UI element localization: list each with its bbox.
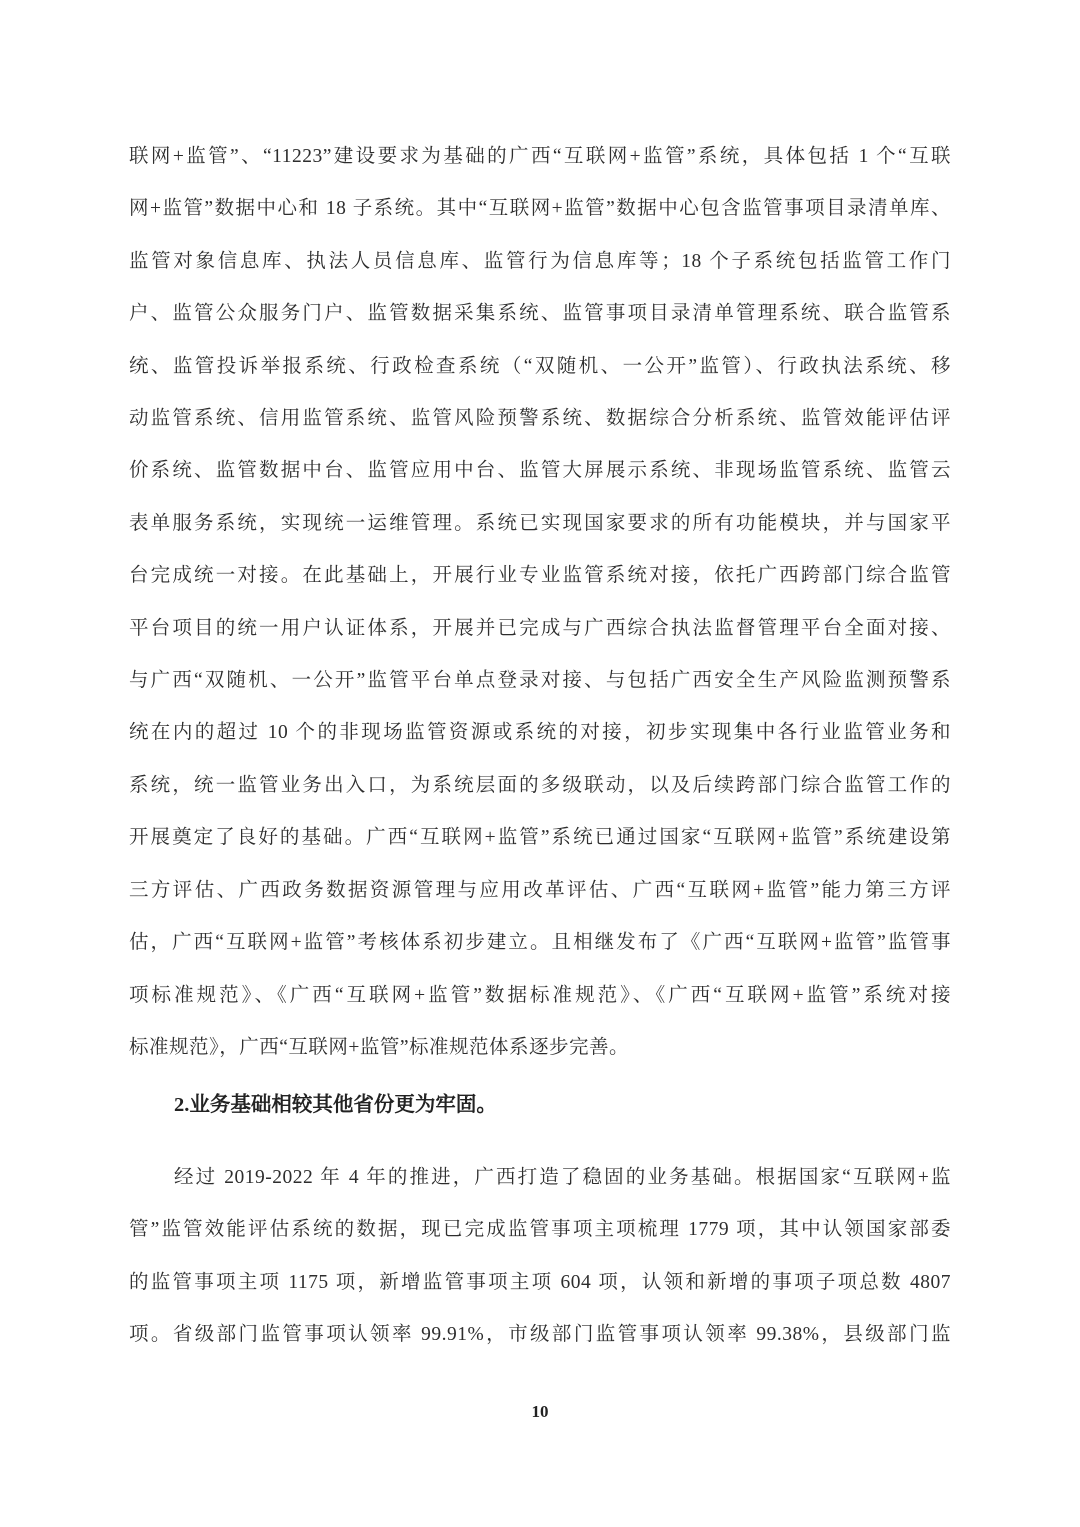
text-line: 经过 2019-2022 年 4 年的推进，广西打造了稳固的业务基础。根据国家“… xyxy=(129,1152,951,1204)
section-heading: 2.业务基础相较其他省份更为牢固。 xyxy=(129,1079,951,1131)
text-line: 三方评估、广西政务数据资源管理与应用改革评估、广西“互联网+监管”能力第三方评 xyxy=(129,865,951,917)
text-line: 户、监管公众服务门户、监管数据采集系统、监管事项目录清单管理系统、联合监管系 xyxy=(129,288,951,340)
text-line: 动监管系统、信用监管系统、监管风险预警系统、数据综合分析系统、监管效能评估评 xyxy=(129,393,951,445)
text-line: 统在内的超过 10 个的非现场监管资源或系统的对接，初步实现集中各行业监管业务和 xyxy=(129,707,951,759)
text-line: 的监管事项主项 1175 项，新增监管事项主项 604 项，认领和新增的事项子项… xyxy=(129,1257,951,1309)
text-line: 管”监管效能评估系统的数据，现已完成监管事项主项梳理 1779 项，其中认领国家… xyxy=(129,1204,951,1256)
text-line: 监管对象信息库、执法人员信息库、监管行为信息库等；18 个子系统包括监管工作门 xyxy=(129,236,951,288)
document-page: 联网+监管”、“11223”建设要求为基础的广西“互联网+监管”系统，具体包括 … xyxy=(0,0,1080,1527)
text-line: 估，广西“互联网+监管”考核体系初步建立。且相继发布了《广西“互联网+监管”监管… xyxy=(129,917,951,969)
text-line: 联网+监管”、“11223”建设要求为基础的广西“互联网+监管”系统，具体包括 … xyxy=(129,131,951,183)
paragraph-continued: 联网+监管”、“11223”建设要求为基础的广西“互联网+监管”系统，具体包括 … xyxy=(129,131,951,1022)
page-number: 10 xyxy=(0,1399,1080,1425)
text-line: 系统，统一监管业务出入口，为系统层面的多级联动，以及后续跨部门综合监管工作的 xyxy=(129,760,951,812)
text-line: 平台项目的统一用户认证体系，开展并已完成与广西综合执法监督管理平台全面对接、 xyxy=(129,603,951,655)
paragraph-continued-last-line: 标准规范》，广西“互联网+监管”标准规范体系逐步完善。 xyxy=(129,1022,951,1074)
text-line: 台完成统一对接。在此基础上，开展行业专业监管系统对接，依托广西跨部门综合监管 xyxy=(129,550,951,602)
text-line: 价系统、监管数据中台、监管应用中台、监管大屏展示系统、非现场监管系统、监管云 xyxy=(129,445,951,497)
text-line: 项标准规范》、《广西“互联网+监管”数据标准规范》、《广西“互联网+监管”系统对… xyxy=(129,970,951,1022)
paragraph-2: 经过 2019-2022 年 4 年的推进，广西打造了稳固的业务基础。根据国家“… xyxy=(129,1152,951,1362)
page-content: 联网+监管”、“11223”建设要求为基础的广西“互联网+监管”系统，具体包括 … xyxy=(129,131,951,1361)
text-line: 与广西“双随机、一公开”监管平台单点登录对接、与包括广西安全生产风险监测预警系 xyxy=(129,655,951,707)
text-line: 表单服务系统，实现统一运维管理。系统已实现国家要求的所有功能模块，并与国家平 xyxy=(129,498,951,550)
text-line: 统、监管投诉举报系统、行政检查系统（“双随机、一公开”监管）、行政执法系统、移 xyxy=(129,341,951,393)
text-line: 网+监管”数据中心和 18 子系统。其中“互联网+监管”数据中心包含监管事项目录… xyxy=(129,183,951,235)
text-line: 项。省级部门监管事项认领率 99.91%，市级部门监管事项认领率 99.38%，… xyxy=(129,1309,951,1361)
text-line: 开展奠定了良好的基础。广西“互联网+监管”系统已通过国家“互联网+监管”系统建设… xyxy=(129,812,951,864)
